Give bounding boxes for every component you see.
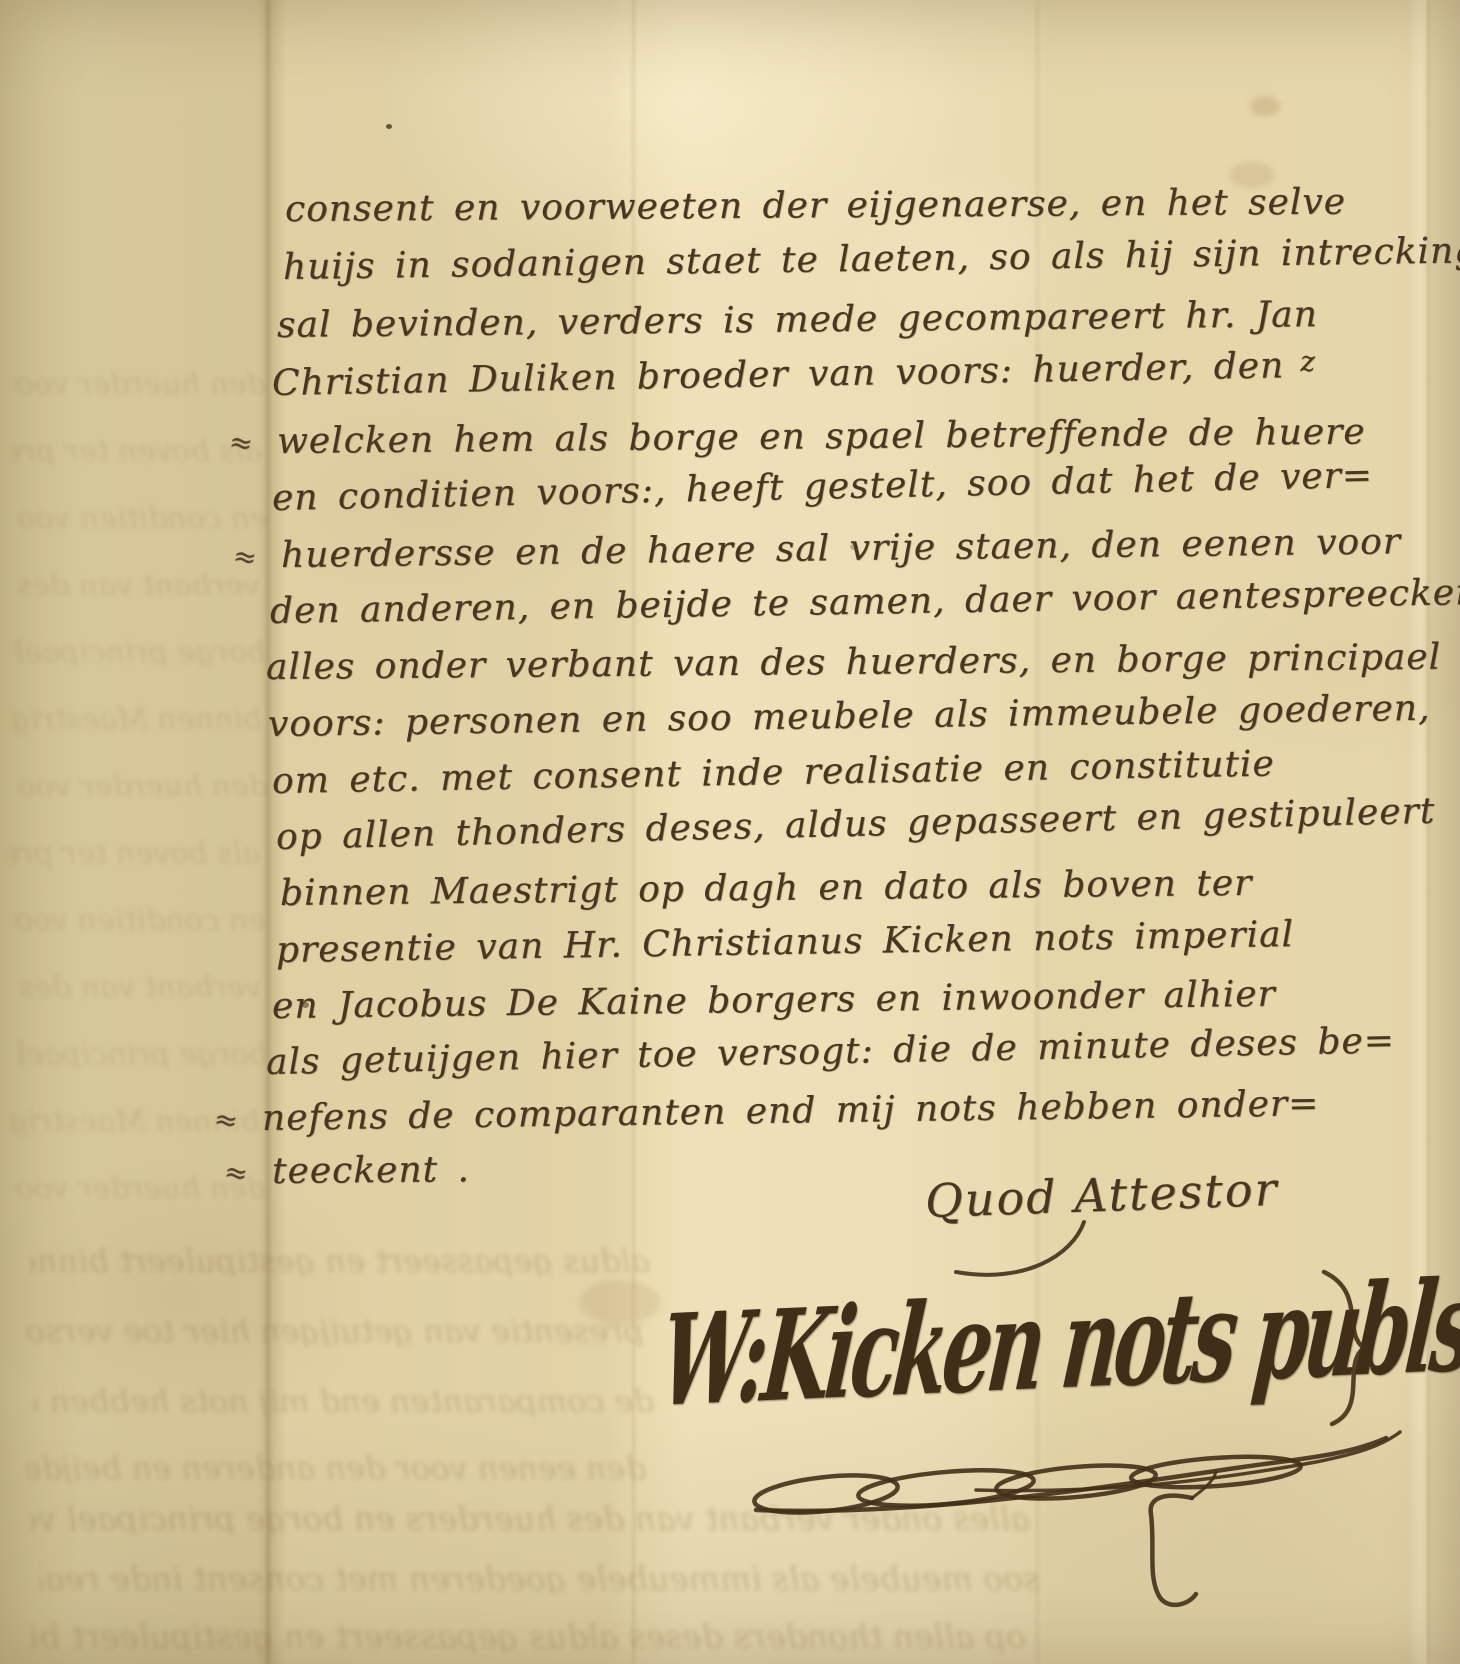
bleedthrough-ghost-line: binnen Maestrigt op dagh — [10, 705, 262, 735]
manuscript-page: den huerder voors en borge als boven ter… — [0, 0, 1460, 1664]
manuscript-line: Christian Duliken broeder van voors: hue… — [272, 346, 1317, 404]
line-text: op allen thonders deses, aldus gepasseer… — [276, 791, 1436, 858]
bleedthrough-ghost-line: en conditien voors heeft — [16, 504, 268, 534]
line-text: presentie van Hr. Christianus Kicken not… — [276, 914, 1295, 971]
manuscript-line: sal bevinden, verders is mede gecomparee… — [277, 295, 1318, 345]
manuscript-line: binnen Maestrigt op dagh en dato als bov… — [280, 864, 1253, 914]
line-text: welcken hem als borge en spael betreffen… — [277, 412, 1366, 462]
line-text: en conditien voors:, heeft gestelt, soo … — [272, 455, 1374, 519]
manuscript-line: presentie van Hr. Christianus Kicken not… — [276, 915, 1295, 971]
bleedthrough-ghost-line: als boven ter presentie — [10, 437, 262, 467]
manuscript-line: ≈welcken hem als borge en spael betreffe… — [277, 413, 1366, 462]
bleedthrough-ghost-line: den huerder voors en borge — [16, 772, 268, 802]
manuscript-line: voors: personen en soo meubele als immeu… — [268, 689, 1431, 745]
bleedthrough-ghost-line: alles onder verbant van des huerders en … — [30, 1502, 1030, 1535]
line-text: huijs in sodanigen staet te laeten, so a… — [283, 230, 1460, 288]
line-text: den anderen, en beijde te samen, daer vo… — [270, 572, 1460, 632]
line-text: Christian Duliken broeder van voors: hue… — [272, 345, 1285, 404]
line-end-mark: z — [1300, 345, 1316, 378]
manuscript-line: om etc. met consent inde realisatie en c… — [272, 745, 1275, 802]
manuscript-line: den anderen, en beijde te samen, daer vo… — [270, 573, 1460, 632]
margin-mark: ≈ — [231, 541, 260, 575]
line-text: teeckent . — [272, 1149, 470, 1192]
manuscript-line: ≈huerdersse en de haere sal vrije staen,… — [281, 522, 1401, 575]
manuscript-line: consent en voorweeten der eijgenaerse, e… — [285, 183, 1346, 230]
bleedthrough-ghost-line: den eenen voor den anderen en beijde te … — [26, 1452, 646, 1484]
line-text: als getuijgen hier toe versogt: die de m… — [266, 1020, 1396, 1083]
margin-mark: ≈ — [227, 427, 256, 461]
attestation-text: Quod Attestor — [924, 1166, 1279, 1224]
bleedthrough-ghost-line: de comparanten end mij nots hebben onder… — [34, 1385, 654, 1417]
paper-stain — [1250, 96, 1280, 116]
line-text: consent en voorweeten der eijgenaerse, e… — [285, 182, 1346, 230]
margin-mark: ≈ — [222, 1157, 251, 1191]
bleedthrough-ghost-line: verbant van des huerders — [10, 973, 262, 1003]
line-text: huerdersse en de haere sal vrije staen, … — [281, 521, 1401, 576]
manuscript-line: huijs in sodanigen staet te laeten, so a… — [283, 231, 1460, 288]
line-text: nefens de comparanten end mij nots hebbe… — [262, 1083, 1320, 1139]
bleedthrough-ghost-line: borge principael voors — [16, 1040, 268, 1070]
manuscript-line: en conditien voors:, heeft gestelt, soo … — [272, 456, 1374, 519]
line-text: alles onder verbant van des huerders, en… — [266, 637, 1441, 688]
manuscript-line: en Jacobus De Kaine borgers en inwoonder… — [272, 975, 1276, 1027]
bleedthrough-ghost-line: als boven ter presentie — [8, 839, 260, 869]
line-text: en Jacobus De Kaine borgers en inwoonder… — [272, 974, 1276, 1027]
line-text: voors: personen en soo meubele als immeu… — [268, 688, 1431, 745]
notary-signature: W:Kicken nots publs — [656, 1263, 1460, 1424]
manuscript-line: alles onder verbant van des huerders, en… — [266, 638, 1441, 688]
line-text: binnen Maestrigt op dagh en dato als bov… — [280, 863, 1253, 914]
bleedthrough-ghost-line: soo meubele als immeubele goederen met c… — [40, 1562, 1040, 1595]
bleedthrough-ghost-line: verbant van des huerders — [8, 571, 260, 601]
manuscript-line: als getuijgen hier toe versogt: die de m… — [266, 1021, 1396, 1082]
bleedthrough-ghost-line: op allen thonders deses aldus gepasseert… — [26, 1620, 1026, 1653]
line-text: sal bevinden, verders is mede gecomparee… — [277, 294, 1318, 346]
bleedthrough-ghost-line: aldus gepasseert en gestipuleert binnen … — [30, 1245, 650, 1277]
bleedthrough-ghost-line: borge principael voors — [14, 638, 266, 668]
margin-mark: ≈ — [212, 1104, 241, 1138]
manuscript-line: ≈teeckent . — [272, 1150, 470, 1191]
bleedthrough-ghost-line: den huerder voors en borge — [14, 370, 266, 400]
bleedthrough-ghost-line: presentie van getuijgen hier toe versogt… — [24, 1315, 644, 1347]
manuscript-line: ≈nefens de comparanten end mij nots hebb… — [262, 1084, 1320, 1138]
ink-speck — [386, 124, 392, 129]
manuscript-line: op allen thonders deses, aldus gepasseer… — [276, 792, 1436, 858]
line-text: om etc. met consent inde realisatie en c… — [272, 744, 1275, 802]
bleedthrough-ghost-line: en conditien voors heeft — [14, 906, 266, 936]
